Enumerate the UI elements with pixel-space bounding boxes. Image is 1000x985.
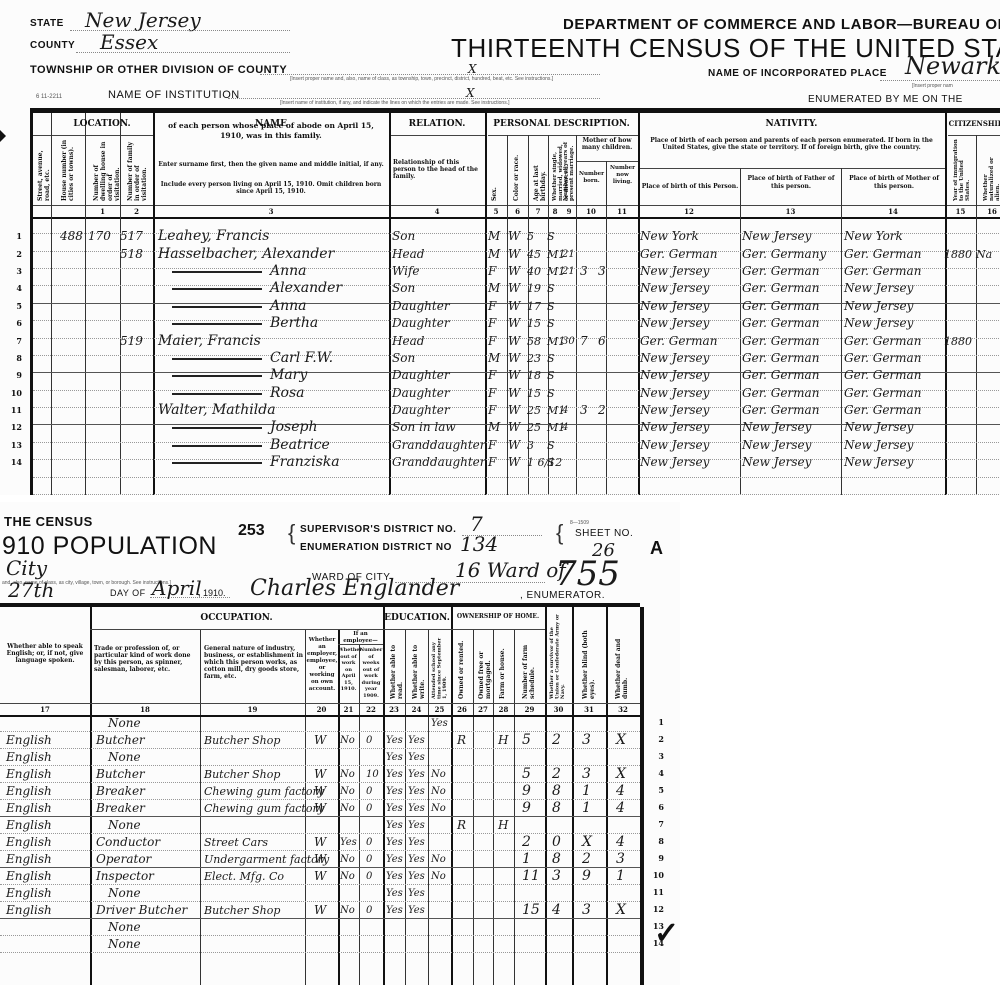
- english: English: [6, 817, 52, 834]
- out-of-work: No: [340, 766, 355, 783]
- person-name: Rosa: [270, 385, 305, 402]
- trade: None: [108, 919, 141, 936]
- col-32: X: [616, 766, 626, 783]
- header-name-1: of each person whose place of abode on A…: [157, 121, 385, 141]
- dwelling-number: 170: [88, 228, 111, 245]
- row-line: [0, 952, 640, 953]
- relation: Granddaughter: [392, 454, 486, 471]
- header-blind: Whether blind (both eyes).: [582, 617, 596, 699]
- ditto-mark: [172, 427, 262, 429]
- can-write: Yes: [408, 817, 425, 834]
- industry: Butcher Shop: [204, 766, 280, 783]
- can-read: Yes: [386, 902, 403, 919]
- color: W: [508, 228, 520, 245]
- row-number: 7: [8, 336, 22, 346]
- header-birth-person: Place of birth of this Person.: [641, 183, 739, 191]
- row-number: 4: [8, 283, 22, 293]
- enumerated-label: ENUMERATED BY ME ON THE: [808, 94, 963, 105]
- colnum: 9: [562, 207, 576, 216]
- age: 15: [527, 315, 541, 332]
- col-29: 5: [522, 766, 531, 783]
- birth-mother: Ger. German: [844, 367, 921, 384]
- sheet-side: A: [650, 538, 663, 559]
- birth-father: Ger. German: [742, 298, 819, 315]
- divider: [391, 135, 486, 136]
- col-divider: [451, 607, 453, 985]
- person-name: Walter, Mathilda: [158, 402, 276, 419]
- header-industry: General nature of industry, business, or…: [204, 645, 303, 680]
- out-of-work: No: [340, 868, 355, 885]
- sex: M: [488, 350, 500, 367]
- enumeration-label: ENUMERATION DISTRICT NO: [300, 542, 452, 553]
- colnum: 22: [359, 705, 383, 714]
- trade: Conductor: [96, 834, 160, 851]
- colnum: 3: [153, 207, 389, 216]
- colnum: 8: [548, 207, 562, 216]
- person-name: Carl F.W.: [270, 350, 333, 367]
- colnum: 30: [545, 705, 572, 714]
- out-of-work: No: [340, 783, 355, 800]
- colnum: 11: [606, 207, 638, 216]
- marital: S: [547, 280, 555, 297]
- header-dwelling-number: Number of dwelling house in order of vis…: [93, 139, 121, 201]
- incorporated-place-value: Newark: [905, 52, 1000, 80]
- row-line: [0, 816, 640, 817]
- can-write: Yes: [408, 766, 425, 783]
- out-of-work: No: [340, 800, 355, 817]
- color: W: [508, 437, 520, 454]
- can-write: Yes: [408, 902, 425, 919]
- col-divider: [389, 113, 391, 495]
- row-number: 11: [650, 887, 664, 897]
- col-32: X: [616, 902, 626, 919]
- person-name: Leahey, Francis: [158, 228, 269, 245]
- group-citizenship: CITIZENSHIP.: [945, 119, 1000, 128]
- col-30: 2: [552, 732, 561, 749]
- col-30: 2: [552, 766, 561, 783]
- farm-house: H: [498, 732, 508, 749]
- col-29: 9: [522, 783, 531, 800]
- header-years-married: Number of years of present marriage.: [563, 139, 575, 201]
- colnum: 23: [383, 705, 405, 714]
- birth-mother: New Jersey: [844, 437, 913, 454]
- header-if-employee: If an employee—: [338, 631, 383, 645]
- sex: F: [488, 367, 496, 384]
- birth-mother: New Jersey: [844, 419, 913, 436]
- col-divider: [493, 629, 494, 985]
- age: 40: [527, 263, 541, 280]
- person-name: Franziska: [270, 454, 340, 471]
- colnum: 32: [606, 705, 640, 714]
- color: W: [508, 385, 520, 402]
- colnum: 28: [493, 705, 514, 714]
- group-nativity: NATIVITY.: [638, 119, 945, 129]
- county-value: Essex: [100, 30, 158, 54]
- children-living: 6: [598, 333, 606, 350]
- industry: Butcher Shop: [204, 732, 280, 749]
- group-personal: PERSONAL DESCRIPTION.: [485, 119, 638, 129]
- divider: [948, 135, 1000, 136]
- birth-person: New Jersey: [640, 437, 709, 454]
- header-immigration: Year of immigration to the United States…: [953, 139, 971, 201]
- age: 19: [527, 280, 541, 297]
- relation: Son in law: [392, 419, 456, 436]
- row-number: 7: [650, 819, 664, 829]
- trade: Butcher: [96, 766, 145, 783]
- col-divider: [405, 629, 406, 985]
- birth-mother: Ger. German: [844, 263, 921, 280]
- attended-school: No: [431, 851, 446, 868]
- col-divider: [383, 607, 385, 985]
- col-32: 4: [616, 783, 625, 800]
- color: W: [508, 315, 520, 332]
- ditto-mark: [172, 445, 262, 447]
- birth-person: New Jersey: [640, 315, 709, 332]
- col-32: 1: [616, 868, 625, 885]
- birth-father: Ger. German: [742, 315, 819, 332]
- ditto-mark: [172, 375, 262, 377]
- person-name: Hasselbacher, Alexander: [158, 246, 334, 263]
- can-write: Yes: [408, 851, 425, 868]
- ward-value: 16 Ward of: [455, 558, 566, 582]
- trade: None: [108, 936, 141, 953]
- weeks-out: 0: [366, 834, 372, 851]
- english: English: [6, 766, 52, 783]
- col-31: 9: [582, 868, 591, 885]
- can-write: Yes: [408, 885, 425, 902]
- relation: Granddaughter: [392, 437, 486, 454]
- attended-school: Yes: [431, 715, 448, 732]
- row-number: 3: [8, 266, 22, 276]
- birth-father: New Jersey: [742, 454, 811, 471]
- children-living: 3: [598, 263, 606, 280]
- owned-rented: R: [457, 732, 466, 749]
- state-value: New Jersey: [85, 8, 201, 32]
- birth-father: New Jersey: [742, 228, 811, 245]
- year-suffix: , 1910.: [198, 588, 226, 598]
- colnum: 25: [428, 705, 451, 714]
- age: 18: [527, 367, 541, 384]
- header-write: Whether able to write.: [412, 637, 426, 699]
- day-label: DAY OF: [110, 588, 146, 598]
- col-divider: [473, 629, 474, 985]
- incorporated-place-label: NAME OF INCORPORATED PLACE: [708, 68, 887, 79]
- header-deaf: Whether deaf and dumb.: [615, 617, 629, 699]
- english: English: [6, 783, 52, 800]
- col-29: 2: [522, 834, 531, 851]
- years-married: 4: [562, 419, 568, 436]
- enumerator-value: Charles Englander: [250, 576, 459, 601]
- colnum: 5: [485, 207, 507, 216]
- colnum: 24: [405, 705, 428, 714]
- english: English: [6, 834, 52, 851]
- col-30: 4: [552, 902, 561, 919]
- out-of-work: No: [340, 851, 355, 868]
- age: 15: [527, 385, 541, 402]
- divider: [576, 161, 638, 162]
- page-number: 253: [238, 522, 265, 540]
- sex: M: [488, 280, 500, 297]
- trade: None: [108, 749, 141, 766]
- family-number: 518: [120, 246, 143, 263]
- birth-person: Ger. German: [640, 246, 717, 263]
- col-divider: [514, 629, 515, 985]
- enumeration-value: 134: [460, 532, 498, 556]
- birth-mother: Ger. German: [844, 333, 921, 350]
- birth-person: New Jersey: [640, 367, 709, 384]
- sheet-label: SHEET NO.: [575, 528, 633, 539]
- can-read: Yes: [386, 868, 403, 885]
- colnum: 6: [507, 207, 528, 216]
- birth-mother: New Jersey: [844, 298, 913, 315]
- age: 5: [527, 228, 534, 245]
- birth-person: New York: [640, 228, 699, 245]
- english: English: [6, 800, 52, 817]
- farm-house: H: [498, 817, 508, 834]
- col-30: 8: [552, 783, 561, 800]
- family-number: 517: [120, 228, 143, 245]
- family-number: 519: [120, 333, 143, 350]
- weeks-out: 0: [366, 868, 372, 885]
- row-number: 2: [650, 734, 664, 744]
- col-31: 1: [582, 800, 591, 817]
- supervisor-label: SUPERVISOR'S DISTRICT NO.: [300, 524, 456, 535]
- header-out-of-work: Whether out of work on April 15, 1910.: [338, 647, 359, 693]
- employer-status: W: [314, 834, 326, 851]
- industry: Chewing gum factory: [204, 800, 324, 817]
- header-birth-father: Place of birth of Father of this person.: [743, 175, 839, 191]
- table-right-border: [640, 607, 644, 985]
- row-line: [33, 494, 1000, 495]
- county-line: [76, 52, 290, 53]
- colnum: 17: [0, 705, 90, 714]
- trade: None: [108, 817, 141, 834]
- col-31: 1: [582, 783, 591, 800]
- out-of-work: No: [340, 732, 355, 749]
- birth-mother: New Jersey: [844, 280, 913, 297]
- sex: F: [488, 263, 496, 280]
- trade: Butcher: [96, 732, 145, 749]
- divider: [0, 703, 640, 704]
- english: English: [6, 885, 52, 902]
- colnum: 10: [576, 207, 606, 216]
- house-number: 488: [60, 228, 83, 245]
- row-number: 6: [8, 318, 22, 328]
- sex: F: [488, 315, 496, 332]
- birth-father: Ger. German: [742, 367, 819, 384]
- col-31: 2: [582, 851, 591, 868]
- age: 17: [527, 298, 541, 315]
- years-married: 4: [562, 402, 568, 419]
- col-31: 3: [582, 766, 591, 783]
- colnum: 13: [740, 207, 841, 216]
- children-living: 2: [598, 402, 606, 419]
- header-farm-schedule: Number of farm schedule.: [522, 637, 536, 699]
- header-school: Attended school any time since September…: [432, 633, 449, 699]
- relation: Head: [392, 246, 424, 263]
- col-31: X: [582, 834, 592, 851]
- birth-person: New Jersey: [640, 280, 709, 297]
- ditto-mark: [172, 358, 262, 360]
- marital: S: [547, 298, 555, 315]
- age: 25: [527, 419, 541, 436]
- birth-father: Ger. German: [742, 333, 819, 350]
- relation: Son: [392, 280, 415, 297]
- attended-school: No: [431, 766, 446, 783]
- col-29: 11: [522, 868, 540, 885]
- group-location: LOCATION.: [51, 119, 153, 129]
- state-label: STATE: [30, 18, 64, 29]
- industry: Elect. Mfg. Co: [204, 868, 284, 885]
- person-name: Joseph: [270, 419, 318, 436]
- header-age: Age at last birthday.: [533, 143, 547, 201]
- birth-father: New Jersey: [742, 437, 811, 454]
- trade: None: [108, 715, 141, 732]
- birth-father: New Jersey: [742, 419, 811, 436]
- naturalized: Na: [976, 246, 992, 263]
- immigration-year: 1880: [944, 246, 972, 263]
- row-number: 2: [8, 249, 22, 259]
- years-married: 21: [562, 263, 575, 280]
- col-32: X: [616, 732, 626, 749]
- birth-person: New Jersey: [640, 419, 709, 436]
- attended-school: No: [431, 783, 446, 800]
- birth-person: New Jersey: [640, 454, 709, 471]
- group-relation: RELATION.: [389, 119, 485, 129]
- enumerator-label: , ENUMERATOR.: [520, 590, 605, 601]
- can-read: Yes: [386, 749, 403, 766]
- col-30: 0: [552, 834, 561, 851]
- employer-status: W: [314, 766, 326, 783]
- header-street: Street, avenue, road, etc.: [37, 139, 51, 201]
- row-number: 1: [650, 717, 664, 727]
- header-read: Whether able to read.: [390, 637, 404, 699]
- ditto-mark: [172, 462, 262, 464]
- birth-person: Ger. German: [640, 333, 717, 350]
- sex: M: [488, 246, 500, 263]
- header-relation: Relationship of this person to the head …: [393, 159, 481, 180]
- can-read: Yes: [386, 885, 403, 902]
- colnum: 19: [200, 705, 305, 714]
- day-value: 27th: [8, 578, 54, 602]
- colnum: 20: [305, 705, 338, 714]
- header-farm-house: Farm or house.: [499, 637, 506, 699]
- census-label: THE CENSUS: [4, 514, 93, 529]
- color: W: [508, 298, 520, 315]
- group-ownership: OWNERSHIP OF HOME.: [451, 613, 545, 620]
- marital: S: [547, 385, 555, 402]
- colnum: 7: [528, 207, 548, 216]
- employer-status: W: [314, 868, 326, 885]
- row-number: 10: [8, 388, 22, 398]
- children-born: 3: [580, 402, 588, 419]
- margin-marker-icon: [0, 130, 6, 142]
- industry: Chewing gum factory: [204, 783, 324, 800]
- header-naturalized: Whether naturalized or alien.: [983, 139, 1000, 201]
- birth-mother: New Jersey: [844, 315, 913, 332]
- can-read: Yes: [386, 817, 403, 834]
- institution-line: [228, 98, 600, 99]
- header-color: Color or race.: [513, 143, 520, 201]
- employer-status: W: [314, 783, 326, 800]
- can-read: Yes: [386, 800, 403, 817]
- header-name-2: Enter surname first, then the given name…: [157, 161, 385, 168]
- group-occupation: OCCUPATION.: [90, 613, 383, 623]
- employer-status: W: [314, 732, 326, 749]
- header-living: Number now living.: [607, 165, 638, 186]
- institution-label: NAME OF INSTITUTION: [108, 89, 240, 101]
- header-house-number: House number (in cities or towns).: [61, 139, 75, 201]
- col-divider: [90, 607, 92, 985]
- birth-father: Ger. German: [742, 263, 819, 280]
- col-32: 4: [616, 834, 625, 851]
- divider: [383, 629, 545, 630]
- children-born: 3: [580, 263, 588, 280]
- age: 25: [527, 402, 541, 419]
- colnum: 16: [976, 207, 1000, 216]
- birth-father: Ger. German: [742, 280, 819, 297]
- divider: [33, 205, 1000, 206]
- header-english: Whether able to speak English; or, if no…: [2, 643, 88, 664]
- immigration-year: 1880: [944, 333, 972, 350]
- incorporated-place-hint: [Insert proper nam: [912, 83, 953, 89]
- col-divider: [606, 607, 608, 985]
- colnum: 31: [572, 705, 606, 714]
- row-line: [33, 477, 1000, 478]
- employer-status: W: [314, 800, 326, 817]
- ditto-mark: [172, 306, 262, 308]
- col-divider: [841, 168, 842, 495]
- age: 45: [527, 246, 541, 263]
- ditto-mark: [172, 393, 262, 395]
- english: English: [6, 851, 52, 868]
- row-number: 9: [8, 370, 22, 380]
- sex: F: [488, 437, 496, 454]
- trade: Operator: [96, 851, 151, 868]
- col-30: 8: [552, 851, 561, 868]
- colnum: 21: [338, 705, 359, 714]
- person-name: Bertha: [270, 315, 318, 332]
- can-read: Yes: [386, 851, 403, 868]
- township-hint: [Insert proper name and, also, name of c…: [290, 76, 553, 82]
- can-write: Yes: [408, 834, 425, 851]
- birth-father: Ger. German: [742, 350, 819, 367]
- col-31: 3: [582, 732, 591, 749]
- col-divider: [428, 629, 429, 985]
- english: English: [6, 868, 52, 885]
- row-number: 12: [8, 422, 22, 432]
- row-line: [0, 884, 640, 885]
- header-trade: Trade or profession of, or particular ki…: [94, 645, 198, 673]
- colnum: 1: [85, 207, 120, 216]
- children-born: 7: [580, 333, 588, 350]
- header-family-number: Number of family in order of visitation.: [127, 139, 148, 201]
- colnum: 18: [90, 705, 200, 714]
- colnum: 29: [514, 705, 545, 714]
- relation: Daughter: [392, 315, 450, 332]
- sex: F: [488, 385, 496, 402]
- col-divider: [976, 135, 977, 495]
- row-number: 5: [8, 301, 22, 311]
- county-label: COUNTY: [30, 40, 75, 51]
- row-number: 13: [8, 440, 22, 450]
- row-number: 5: [650, 785, 664, 795]
- col-divider: [945, 113, 947, 495]
- weeks-out: 0: [366, 732, 372, 749]
- attended-school: No: [431, 868, 446, 885]
- age: 1 6/12: [527, 454, 562, 471]
- employer-status: W: [314, 902, 326, 919]
